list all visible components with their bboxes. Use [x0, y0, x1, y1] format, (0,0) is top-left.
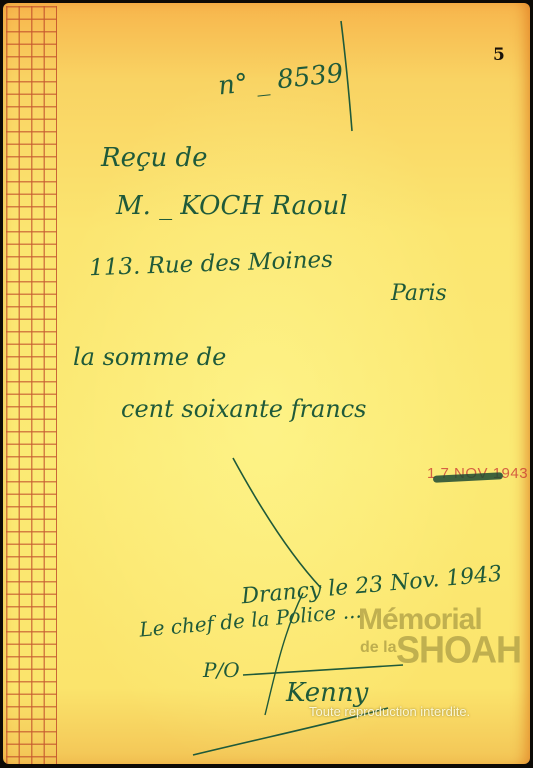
document-page: 5 n° _ 8539 Reçu de M. _ KOCH Raoul 113.… [3, 3, 530, 764]
copyright-notice: Toute reproduction interdite. [309, 704, 470, 719]
watermark-shoah: SHOAH [396, 628, 521, 672]
watermark-de-la: de la [360, 639, 396, 657]
